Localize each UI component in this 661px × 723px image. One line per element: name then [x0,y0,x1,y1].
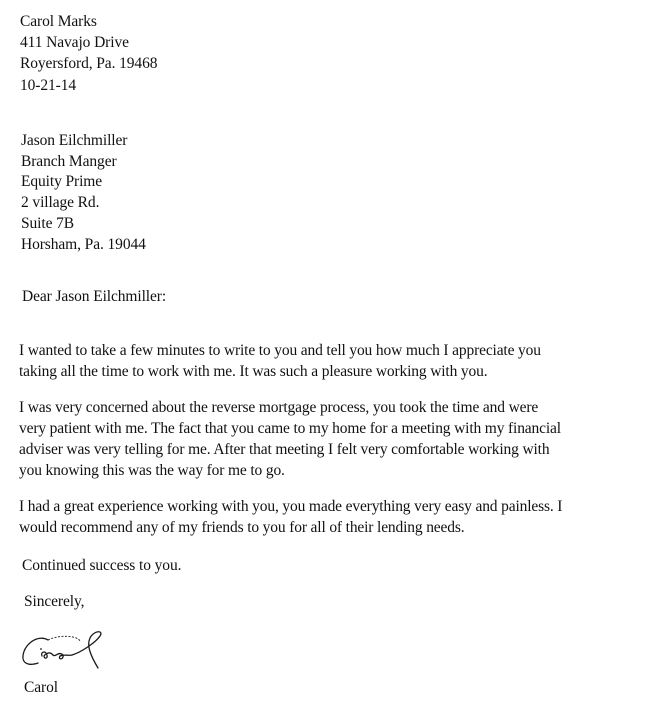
recipient-suite: Suite 7B [21,214,74,234]
paragraph-line: adviser was very telling for me. After t… [19,439,659,460]
paragraph-line: taking all the time to work with me. It … [19,361,659,382]
letter-date: 10-21-14 [20,76,76,96]
paragraph-line: I was very concerned about the reverse m… [19,397,659,418]
body-paragraph-1: I wanted to take a few minutes to write … [19,340,659,382]
recipient-company: Equity Prime [21,172,102,192]
recipient-title: Branch Manger [21,152,117,172]
signature-icon [20,628,140,678]
paragraph-line: you knowing this was the way for me to g… [19,460,659,481]
body-paragraph-2: I was very concerned about the reverse m… [19,397,659,481]
recipient-name: Jason Eilchmiller [21,131,127,151]
paragraph-line: very patient with me. The fact that you … [19,418,659,439]
recipient-city-state-zip: Horsham, Pa. 19044 [21,235,146,255]
closing-line: Continued success to you. [22,556,181,576]
paragraph-line: would recommend any of my friends to you… [19,517,659,538]
body-paragraph-3: I had a great experience working with yo… [19,496,659,538]
salutation: Dear Jason Eilchmiller: [22,287,166,307]
sender-street: 411 Navajo Drive [20,33,129,53]
paragraph-line: I had a great experience working with yo… [19,496,659,517]
recipient-street: 2 village Rd. [21,193,99,213]
letter-page: Carol Marks 411 Navajo Drive Royersford,… [0,0,661,723]
sender-name: Carol Marks [20,12,97,32]
paragraph-line: I wanted to take a few minutes to write … [19,340,659,361]
sender-city-state-zip: Royersford, Pa. 19468 [20,54,157,74]
signer-name: Carol [24,678,58,698]
valediction: Sincerely, [24,592,84,612]
